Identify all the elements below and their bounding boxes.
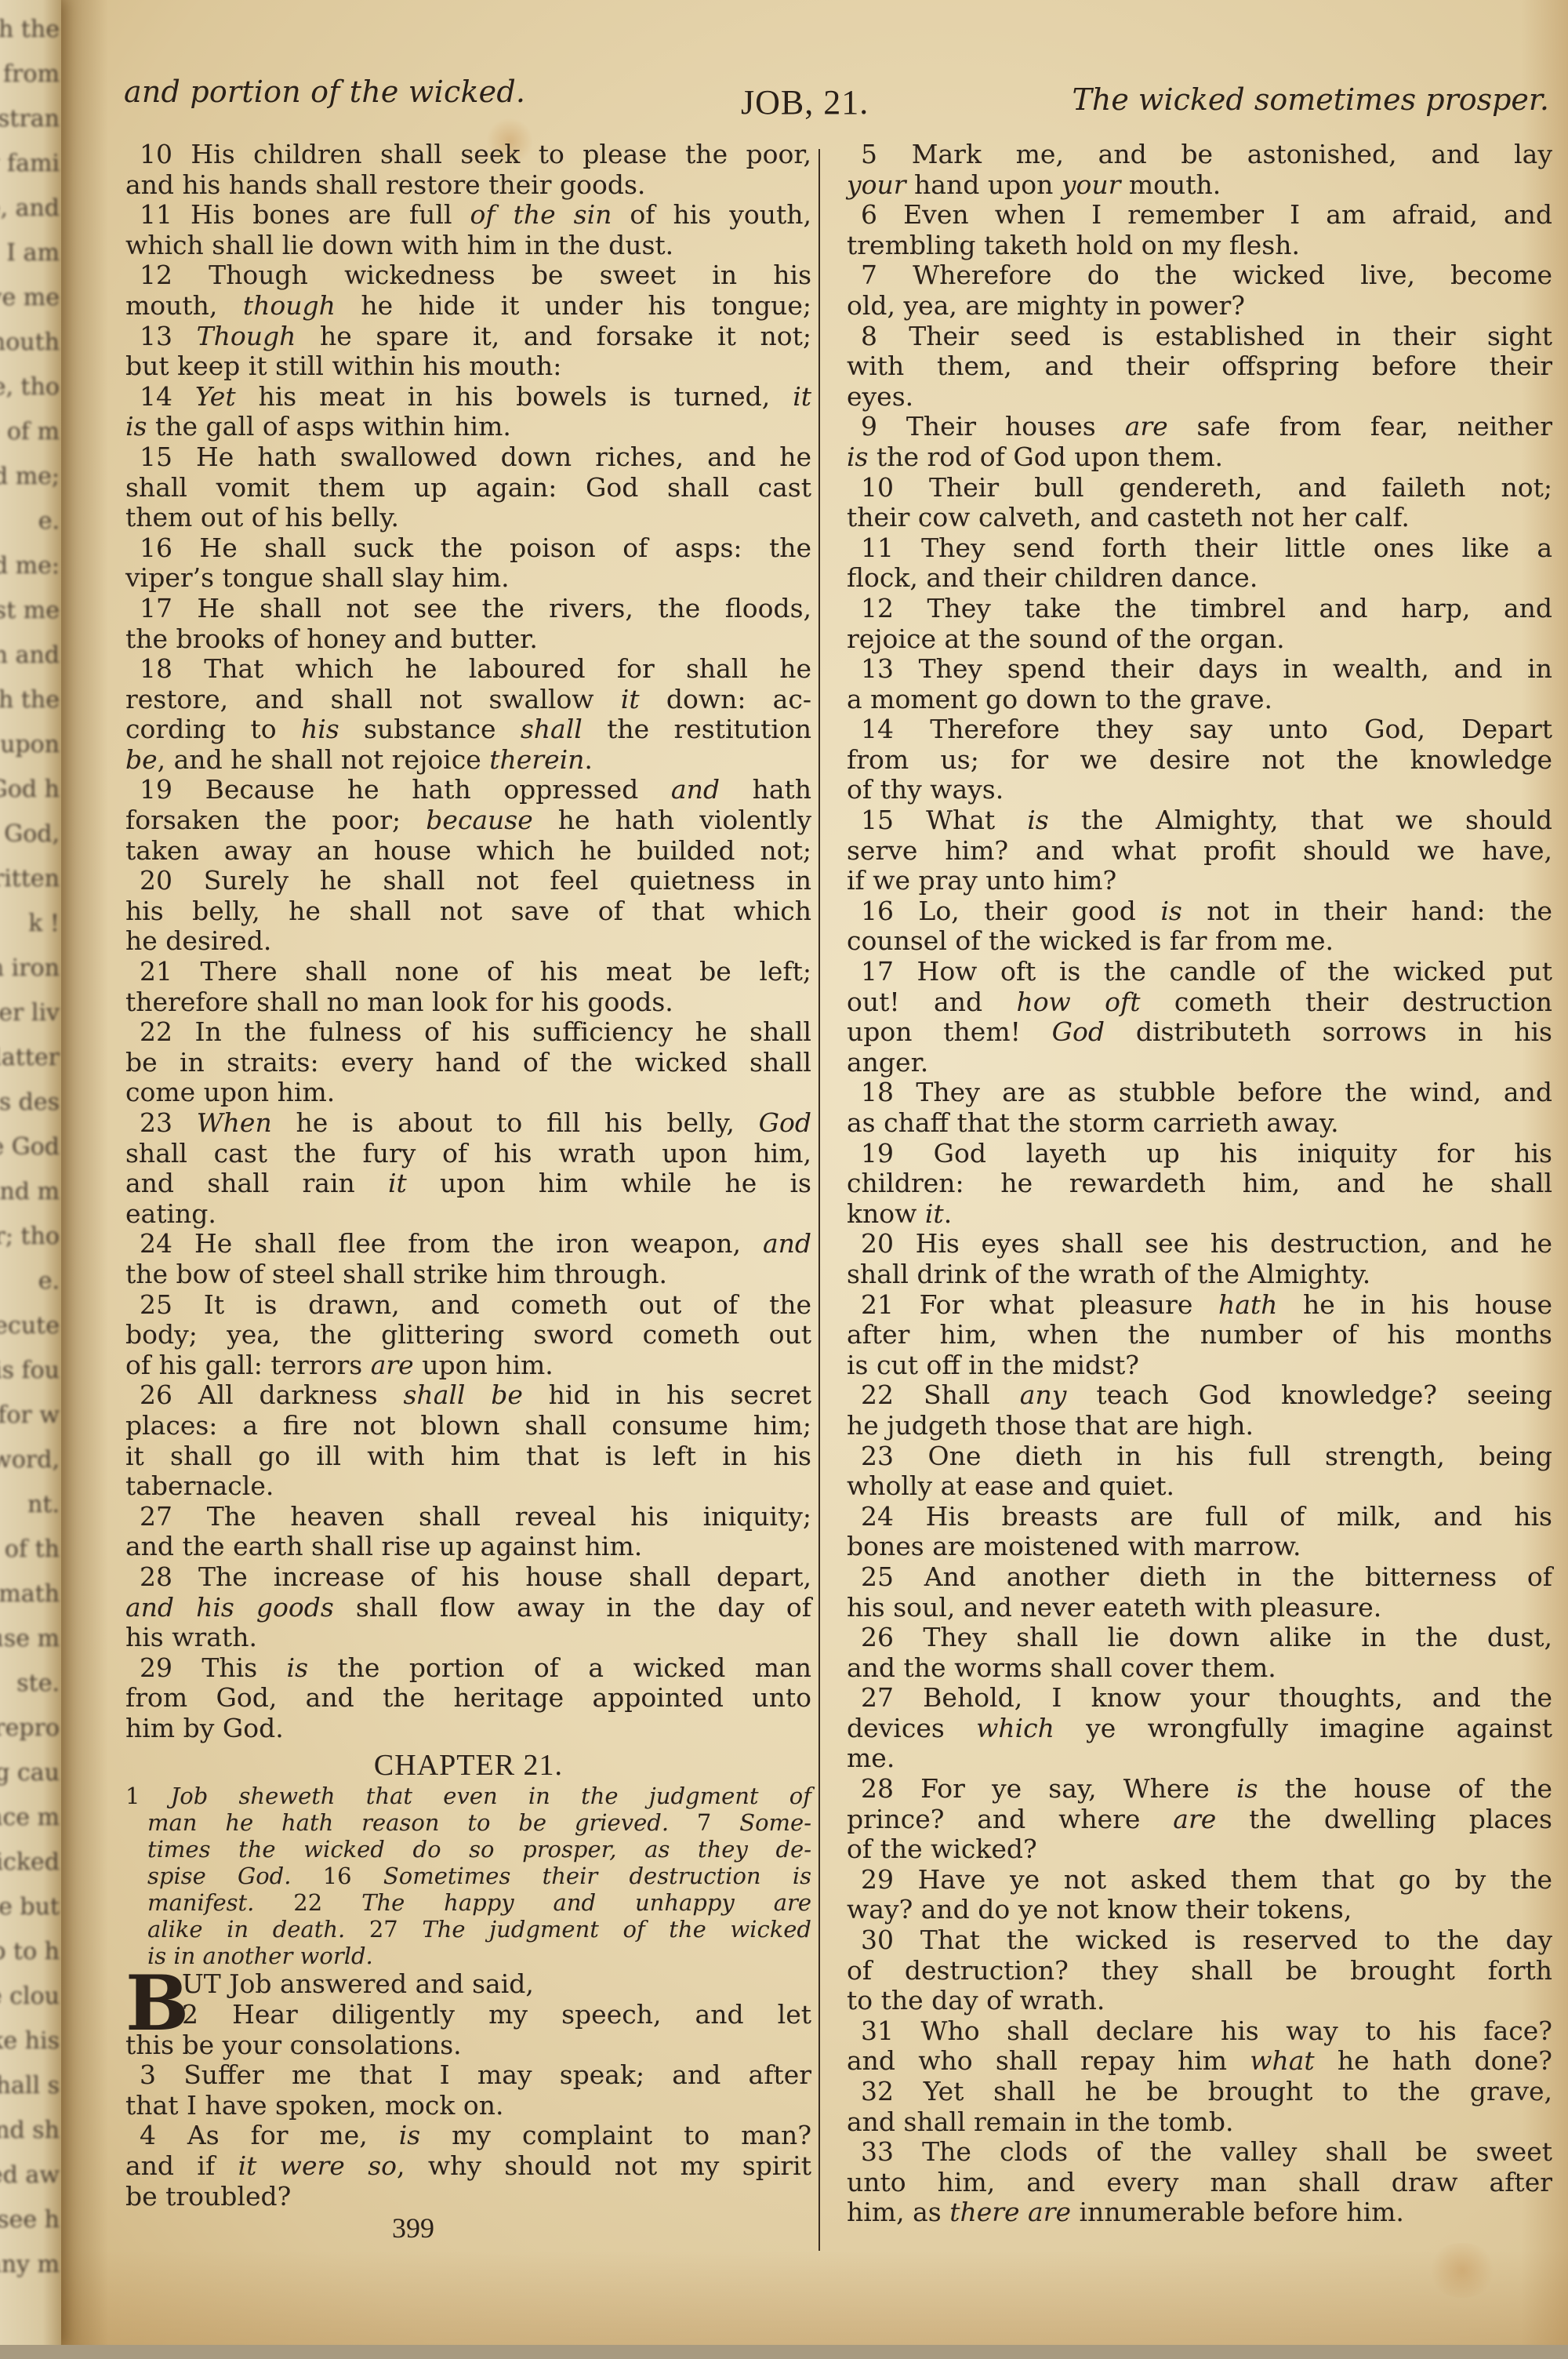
text-segment: 6 Even when I remember I am afraid, and bbox=[861, 199, 1552, 230]
italic-supplied-word: it bbox=[621, 684, 640, 714]
text-segment: wholly at ease and quiet. bbox=[847, 1470, 1174, 1501]
italic-supplied-word: and bbox=[671, 774, 720, 805]
text-line: cording to his substance shall the resti… bbox=[125, 714, 811, 745]
text-line: 25 And another dieth in the bitterness o… bbox=[847, 1562, 1552, 1593]
adjacent-page-text-fragment: gave me bbox=[0, 284, 60, 311]
adjacent-page-text-fragment: crite but bbox=[0, 1893, 60, 1921]
text-line: manifest. 22 The happy and unhappy are bbox=[125, 1889, 811, 1916]
text-segment: but keep it still within his mouth: bbox=[125, 351, 561, 381]
text-segment: 27 bbox=[369, 1916, 398, 1943]
text-segment: 28 The increase of his house shall depar… bbox=[140, 1561, 811, 1592]
text-segment: it shall go ill with him that is left in… bbox=[125, 1441, 811, 1471]
text-line: 25 It is drawn, and cometh out of the bbox=[125, 1290, 811, 1321]
text-segment: he desired. bbox=[125, 925, 271, 956]
text-segment: the bow of steel shall strike him throug… bbox=[125, 1259, 667, 1289]
text-segment: 19 God layeth up his iniquity for his bbox=[861, 1138, 1552, 1169]
text-line: out! and how oft cometh their destructio… bbox=[847, 987, 1552, 1018]
adjacent-page-text-fragment: cause m bbox=[0, 1625, 60, 1652]
adjacent-page-text-fragment: er: I am bbox=[0, 239, 60, 267]
text-segment: the portion of a wicked man bbox=[308, 1652, 811, 1683]
adjacent-page-text-fragment: e. bbox=[38, 1267, 60, 1295]
text-segment: 31 Who shall declare his way to his face… bbox=[861, 2016, 1552, 2046]
text-line: them out of his belly. bbox=[125, 503, 811, 533]
text-line: 32 Yet shall he be brought to the grave, bbox=[847, 2077, 1552, 2107]
text-segment: 21 For what pleasure bbox=[861, 1289, 1218, 1320]
text-segment: and if bbox=[125, 2150, 238, 2181]
text-line: of his gall: terrors are upon him. bbox=[125, 1350, 811, 1381]
text-line: 10 His children shall seek to please the… bbox=[125, 140, 811, 170]
text-line: is cut off in the midst? bbox=[847, 1350, 1552, 1381]
adjacent-page-text-fragment: hall see h bbox=[0, 2206, 60, 2234]
text-line: shall vomit them up again: God shall cas… bbox=[125, 473, 811, 503]
text-line: therefore shall no man look for his good… bbox=[125, 987, 811, 1018]
text-segment: and the worms shall cover them. bbox=[847, 1652, 1276, 1683]
adjacent-page-text-fragment: m shall s bbox=[0, 2072, 60, 2099]
text-segment: bones are moistened with marrow. bbox=[847, 1531, 1301, 1561]
text-segment: and who shall repay him bbox=[847, 2045, 1250, 2076]
adjacent-page-text-fragment: ding cau bbox=[0, 1759, 60, 1787]
text-line: upon them! God distributeth sorrows in h… bbox=[847, 1017, 1552, 1048]
text-line: shall drink of the wrath of the Almighty… bbox=[847, 1259, 1552, 1290]
text-segment: after him, when the number of his months bbox=[847, 1319, 1552, 1350]
text-segment: the brooks of honey and butter. bbox=[125, 623, 538, 654]
text-line: 4 As for me, is my complaint to man? bbox=[125, 2121, 811, 2151]
adjacent-page-text-fragment: e wicked bbox=[0, 1848, 60, 1876]
adjacent-page-text-fragment: written bbox=[0, 865, 60, 892]
adjacent-page-text-fragment: th the bbox=[0, 16, 60, 43]
italic-supplied-word: hath bbox=[1218, 1289, 1277, 1320]
text-segment: 24 His breasts are full of milk, and his bbox=[861, 1501, 1552, 1532]
text-line: trembling taketh hold on my flesh. bbox=[847, 231, 1552, 261]
text-line: and who shall repay him what he hath don… bbox=[847, 2046, 1552, 2077]
text-segment: 9 Their houses bbox=[861, 411, 1125, 442]
italic-supplied-word: are bbox=[371, 1350, 414, 1380]
italic-supplied-word: it bbox=[388, 1168, 407, 1198]
text-segment: 5 Mark me, and be astonished, and lay bbox=[861, 139, 1552, 169]
text-line: 20 Surely he shall not feel quietness in bbox=[125, 866, 811, 896]
text-line: from God, and the heritage appointed unt… bbox=[125, 1683, 811, 1714]
adjacent-page-text-fragment: like his bbox=[0, 2027, 60, 2055]
text-segment: 25 And another dieth in the bitterness o… bbox=[861, 1561, 1552, 1592]
italic-supplied-word: there are bbox=[949, 2197, 1071, 2227]
text-line: after him, when the number of his months bbox=[847, 1320, 1552, 1350]
text-segment: rejoice at the sound of the organ. bbox=[847, 623, 1285, 654]
italic-supplied-word: are bbox=[1125, 411, 1168, 442]
text-segment: 14 Therefore they say unto God, Depart bbox=[861, 714, 1552, 744]
text-segment: , and he shall not rejoice bbox=[158, 744, 490, 775]
chapter-21-opening-verses: this be your consolations.3 Suffer me th… bbox=[125, 2030, 811, 2212]
text-line: your hand upon your mouth. bbox=[847, 170, 1552, 201]
text-line: that I have spoken, mock on. bbox=[125, 2091, 811, 2121]
text-segment: the restitution bbox=[583, 714, 811, 744]
text-line: 11 They send forth their little ones lik… bbox=[847, 533, 1552, 564]
adjacent-page-text-fragment: l, since m bbox=[0, 1804, 60, 1831]
text-segment: manifest. bbox=[147, 1889, 293, 1916]
text-segment: the rod of God upon them. bbox=[869, 442, 1224, 472]
text-line: and his hands shall restore their goods. bbox=[125, 170, 811, 201]
text-line: and the worms shall cover them. bbox=[847, 1653, 1552, 1684]
text-segment: of thy ways. bbox=[847, 774, 1004, 805]
text-line: counsel of the wicked is far from me. bbox=[847, 926, 1552, 957]
text-line: 24 He shall flee from the iron weapon, a… bbox=[125, 1229, 811, 1259]
text-segment: times the wicked do so prosper, as they … bbox=[147, 1836, 811, 1863]
text-line: 33 The clods of the valley shall be swee… bbox=[847, 2137, 1552, 2168]
text-segment: 23 One dieth in his full strength, being bbox=[861, 1441, 1552, 1471]
text-segment: be in straits: every hand of the wicked … bbox=[125, 1047, 811, 1078]
text-line: is the gall of asps within him. bbox=[125, 412, 811, 442]
text-segment: 11 His bones are full bbox=[140, 199, 470, 230]
text-segment: be troubled? bbox=[125, 2181, 291, 2212]
adjacent-page-text-fragment: nt up to h bbox=[0, 1938, 60, 1965]
text-segment: 33 The clods of the valley shall be swee… bbox=[861, 2136, 1552, 2167]
text-line: 18 They are as stubble before the wind, … bbox=[847, 1078, 1552, 1108]
text-segment: places: a fire not blown shall consume h… bbox=[125, 1410, 811, 1441]
text-line: 13 They spend their days in wealth, and … bbox=[847, 654, 1552, 685]
text-segment: safe from fear, neither bbox=[1168, 411, 1552, 442]
text-segment: cording to bbox=[125, 714, 301, 744]
text-segment: unto him, and every man shall draw after bbox=[847, 2167, 1552, 2197]
text-segment: The happy and unhappy are bbox=[322, 1889, 811, 1916]
text-line: of thy ways. bbox=[847, 775, 1552, 805]
text-segment: their cow calveth, and casteth not her c… bbox=[847, 502, 1410, 533]
text-line: anger. bbox=[847, 1048, 1552, 1078]
adjacent-page-text-fragment: : for w bbox=[0, 1401, 60, 1429]
text-line: 27 Behold, I know your thoughts, and the bbox=[847, 1683, 1552, 1714]
text-segment: he judgeth those that are high. bbox=[847, 1410, 1254, 1441]
text-segment: . bbox=[944, 1198, 953, 1229]
text-line: eating. bbox=[125, 1199, 811, 1230]
adjacent-page-text-fragment: see God bbox=[0, 1133, 60, 1161]
adjacent-page-text-fragment: skin and bbox=[0, 642, 60, 669]
italic-supplied-word: Though bbox=[197, 321, 296, 351]
text-segment: taken away an house which he builded not… bbox=[125, 835, 811, 866]
italic-supplied-word: your bbox=[1062, 169, 1121, 200]
text-line: 13 Though he spare it, and forsake it no… bbox=[125, 322, 811, 352]
adjacent-page-text-fragment: an iron bbox=[0, 954, 60, 982]
adjacent-page-text-fragment: ny repro bbox=[0, 1714, 60, 1742]
text-line: if we pray unto him? bbox=[847, 866, 1552, 896]
text-line: forsaken the poor; because he hath viole… bbox=[125, 805, 811, 836]
text-line: he desired. bbox=[125, 926, 811, 957]
text-segment: with them, and their offspring before th… bbox=[847, 351, 1552, 381]
text-line: 16 He shall suck the poison of asps: the bbox=[125, 533, 811, 564]
text-segment: viper’s tongue shall slay him. bbox=[125, 562, 510, 593]
adjacent-page-text-fragment: y upon bbox=[0, 731, 60, 758]
adjacent-page-text-fragment: n, and sh bbox=[0, 2117, 60, 2144]
text-line: unto him, and every man shall draw after bbox=[847, 2168, 1552, 2198]
text-line: is the rod of God upon them. bbox=[847, 442, 1552, 473]
text-line: 20 His eyes shall see his destruction, a… bbox=[847, 1229, 1552, 1259]
italic-supplied-word: are bbox=[1173, 1804, 1216, 1834]
text-line: but keep it still within his mouth: bbox=[125, 351, 811, 382]
text-segment: he is about to fill his belly, bbox=[272, 1107, 759, 1138]
adjacent-page-text-fragment: ith the bbox=[0, 686, 60, 714]
text-segment: the Almighty, that we should bbox=[1049, 805, 1552, 835]
text-line: 21 For what pleasure hath he in his hous… bbox=[847, 1290, 1552, 1321]
text-segment: UT Job answered and said, bbox=[182, 1968, 534, 1999]
text-segment: he spare it, and forsake it not; bbox=[296, 321, 811, 351]
italic-supplied-word: When bbox=[197, 1107, 272, 1138]
text-line: devices which ye wrongfully imagine agai… bbox=[847, 1714, 1552, 1744]
adjacent-page-text-fragment: ction of th bbox=[0, 1536, 60, 1563]
table-surface bbox=[0, 2345, 1568, 2359]
adjacent-page-edge: th thear fromy estranmy famiuse, ander: … bbox=[0, 0, 61, 2345]
adjacent-page-text-fragment: k ! bbox=[28, 910, 60, 937]
text-line: his belly, he shall not save of that whi… bbox=[125, 896, 811, 927]
adjacent-page-text-fragment: wife, tho bbox=[0, 373, 60, 401]
text-segment: and his hands shall restore their goods. bbox=[125, 169, 645, 200]
adjacent-page-text-fragment: y mouth bbox=[0, 329, 60, 356]
text-segment: shall vomit them up again: God shall cas… bbox=[125, 472, 811, 503]
text-segment: which shall lie down with him in the dus… bbox=[125, 230, 673, 260]
text-segment: substance bbox=[339, 714, 521, 744]
text-line: 9 Their houses are safe from fear, neith… bbox=[847, 412, 1552, 442]
text-segment: flock, and their children dance. bbox=[847, 562, 1258, 593]
text-segment: 16 Lo, their good bbox=[861, 896, 1160, 926]
text-line: flock, and their children dance. bbox=[847, 563, 1552, 594]
text-segment: Sometimes their destruction is bbox=[352, 1863, 811, 1889]
text-segment: 26 All darkness bbox=[140, 1379, 404, 1410]
adjacent-page-text-fragment: ised me; bbox=[0, 463, 60, 490]
text-segment: as chaff that the storm carrieth away. bbox=[847, 1107, 1339, 1138]
italic-supplied-word: how oft bbox=[1016, 987, 1140, 1017]
left-column: 10 His children shall seek to please the… bbox=[125, 140, 811, 2212]
text-line: 26 They shall lie down alike in the dust… bbox=[847, 1623, 1552, 1653]
text-segment: and shall remain in the tomb. bbox=[847, 2106, 1233, 2137]
text-segment: counsel of the wicked is far from me. bbox=[847, 925, 1334, 956]
text-line: 7 Wherefore do the wicked live, become bbox=[847, 260, 1552, 291]
text-line: his wrath. bbox=[125, 1623, 811, 1653]
text-segment: them out of his belly. bbox=[125, 502, 399, 533]
text-line: times the wicked do so prosper, as they … bbox=[125, 1836, 811, 1863]
text-segment: him by God. bbox=[125, 1713, 284, 1743]
text-line: 29 Have ye not asked them that go by the bbox=[847, 1865, 1552, 1896]
text-line: mouth, though he hide it under his tongu… bbox=[125, 291, 811, 322]
text-segment: of destruction? they shall be brought fo… bbox=[847, 1955, 1552, 1986]
text-segment: 13 They spend their days in wealth, and … bbox=[861, 653, 1552, 684]
text-segment: man he hath reason to be grieved. bbox=[147, 1809, 697, 1836]
text-segment: Some- bbox=[711, 1809, 811, 1836]
text-line: which shall lie down with him in the dus… bbox=[125, 231, 811, 261]
adjacent-page-text-fragment: of God h bbox=[0, 776, 60, 803]
text-segment: of his gall: terrors bbox=[125, 1350, 371, 1380]
text-line: 23 When he is about to fill his belly, G… bbox=[125, 1108, 811, 1139]
italic-supplied-word: is bbox=[847, 442, 869, 472]
text-segment: 26 They shall lie down alike in the dust… bbox=[861, 1622, 1552, 1652]
adjacent-page-text-fragment: tter is fou bbox=[0, 1357, 60, 1384]
text-segment: his belly, he shall not save of that whi… bbox=[125, 896, 811, 926]
text-line: 18 That which he laboured for shall he bbox=[125, 654, 811, 685]
drop-cap-paragraph: B UT Job answered and said,2 Hear dilige… bbox=[125, 1969, 811, 2030]
italic-supplied-word: it bbox=[925, 1198, 944, 1229]
text-segment: devices bbox=[847, 1713, 976, 1743]
text-segment: trembling taketh hold on my flesh. bbox=[847, 230, 1300, 260]
text-line: viper’s tongue shall slay him. bbox=[125, 563, 811, 594]
text-line: man he hath reason to be grieved. 7 Some… bbox=[125, 1809, 811, 1836]
text-line: eyes. bbox=[847, 382, 1552, 413]
text-segment: know bbox=[847, 1198, 925, 1229]
text-segment: therefore shall no man look for his good… bbox=[125, 987, 673, 1017]
text-line: 19 God layeth up his iniquity for his bbox=[847, 1139, 1552, 1169]
text-segment: 11 They send forth their little ones lik… bbox=[861, 533, 1552, 563]
text-segment: if we pray unto him? bbox=[847, 865, 1116, 896]
text-line: 15 What is the Almighty, that we should bbox=[847, 805, 1552, 836]
text-segment: the house of the bbox=[1258, 1773, 1552, 1804]
text-line: be, and he shall not rejoice therein. bbox=[125, 745, 811, 776]
text-segment: of his youth, bbox=[612, 199, 811, 230]
text-line: of destruction? they shall be brought fo… bbox=[847, 1956, 1552, 1986]
text-segment: old, yea, are mighty in power? bbox=[847, 290, 1245, 321]
italic-supplied-word: his bbox=[301, 714, 339, 744]
text-segment: Job sheweth that even in the judgment of bbox=[171, 1783, 811, 1809]
text-segment: he hide it under his tongue; bbox=[336, 290, 811, 321]
text-segment: shall flow away in the day of bbox=[334, 1592, 811, 1623]
text-segment: spise God. bbox=[147, 1863, 323, 1889]
italic-supplied-word: any bbox=[1020, 1379, 1067, 1410]
text-segment: shall cast the fury of his wrath upon hi… bbox=[125, 1138, 811, 1169]
italic-supplied-word: and his goods bbox=[125, 1592, 334, 1623]
text-line: 17 How oft is the candle of the wicked p… bbox=[847, 957, 1552, 987]
adjacent-page-text-fragment: ste. bbox=[16, 1670, 60, 1697]
text-line: 28 The increase of his house shall depar… bbox=[125, 1562, 811, 1593]
text-line: 17 He shall not see the rivers, the floo… bbox=[125, 594, 811, 624]
text-line: 19 Because he hath oppressed and hath bbox=[125, 775, 811, 805]
text-segment: mouth. bbox=[1120, 169, 1221, 200]
adjacent-page-text-fragment: use, and bbox=[0, 194, 60, 222]
text-segment: , why should not my spirit bbox=[397, 2150, 811, 2181]
text-line: body; yea, the glittering sword cometh o… bbox=[125, 1320, 811, 1350]
text-segment: he hath violently bbox=[533, 805, 811, 835]
text-line: his soul, and never eateth with pleasure… bbox=[847, 1593, 1552, 1623]
text-line: 15 He hath swallowed down riches, and he bbox=[125, 442, 811, 473]
adjacent-page-text-fragment: my fami bbox=[0, 150, 60, 177]
text-segment: The judgment of the wicked bbox=[398, 1916, 811, 1943]
text-segment: 8 Their seed is established in their sig… bbox=[861, 321, 1552, 351]
text-line: and shall remain in the tomb. bbox=[847, 2107, 1552, 2138]
text-line: taken away an house which he builded not… bbox=[125, 836, 811, 867]
text-line: 12 Though wickedness be sweet in his bbox=[125, 260, 811, 291]
text-line: 26 All darkness shall be hid in his secr… bbox=[125, 1380, 811, 1411]
text-segment: restore, and shall not swallow bbox=[125, 684, 621, 714]
text-segment: mouth, bbox=[125, 290, 243, 321]
text-segment: come upon him. bbox=[125, 1077, 335, 1107]
text-line: 28 For ye say, Where is the house of the bbox=[847, 1774, 1552, 1805]
text-line: restore, and shall not swallow it down: … bbox=[125, 685, 811, 715]
text-line: 3 Suffer me that I may speak; and after bbox=[125, 2060, 811, 2091]
text-segment: that I have spoken, mock on. bbox=[125, 2090, 503, 2121]
text-line: be in straits: every hand of the wicked … bbox=[125, 1048, 811, 1078]
text-segment: hand upon bbox=[906, 169, 1062, 200]
text-segment: 3 Suffer me that I may speak; and after bbox=[140, 2059, 811, 2090]
italic-supplied-word: therein bbox=[489, 744, 584, 775]
italic-supplied-word: God bbox=[1052, 1016, 1105, 1047]
text-segment: his meat in his bowels is turned, bbox=[236, 381, 793, 412]
text-line: wholly at ease and quiet. bbox=[847, 1471, 1552, 1502]
text-segment: 32 Yet shall he be brought to the grave, bbox=[861, 2076, 1552, 2106]
adjacent-page-text-fragment: e latter bbox=[0, 1044, 60, 1071]
text-line: the bow of steel shall strike him throug… bbox=[125, 1259, 811, 1290]
text-line: a moment go down to the grave. bbox=[847, 685, 1552, 715]
text-line: prince? and where are the dwelling place… bbox=[847, 1805, 1552, 1835]
text-segment: children: he rewardeth him, and he shall bbox=[847, 1168, 1552, 1198]
text-segment: he hath done? bbox=[1315, 2045, 1552, 2076]
text-segment: 17 How oft is the candle of the wicked p… bbox=[861, 956, 1552, 987]
text-line: he judgeth those that are high. bbox=[847, 1411, 1552, 1441]
text-line: 5 Mark me, and be astonished, and lay bbox=[847, 140, 1552, 170]
bible-page: th thear fromy estranmy famiuse, ander: … bbox=[0, 0, 1568, 2345]
text-line: old, yea, are mighty in power? bbox=[847, 291, 1552, 322]
text-segment: he in his house bbox=[1277, 1289, 1552, 1320]
text-segment: shall drink of the wrath of the Almighty… bbox=[847, 1259, 1370, 1289]
text-segment: a moment go down to the grave. bbox=[847, 684, 1272, 714]
italic-supplied-word: which bbox=[976, 1713, 1054, 1743]
text-segment: prince? and where bbox=[847, 1804, 1173, 1834]
italic-supplied-word: it were so bbox=[238, 2150, 397, 2181]
text-segment: distributeth sorrows in his bbox=[1105, 1016, 1552, 1047]
adjacent-page-text-fragment: sword, bbox=[0, 1446, 60, 1474]
text-segment: 20 Surely he shall not feel quietness in bbox=[140, 865, 811, 896]
text-segment: upon him while he is bbox=[407, 1168, 811, 1198]
text-line: is in another world. bbox=[125, 1943, 811, 1969]
text-line: him by God. bbox=[125, 1714, 811, 1744]
text-line: from us; for we desire not the knowledge bbox=[847, 745, 1552, 776]
text-segment: 20 His eyes shall see his destruction, a… bbox=[861, 1228, 1552, 1259]
text-line: serve him? and what profit should we hav… bbox=[847, 836, 1552, 867]
adjacent-page-text-fragment: ed me: bbox=[0, 552, 60, 580]
adjacent-page-text-fragment: hased aw bbox=[0, 2161, 60, 2189]
chapter-summary: 1 Job sheweth that even in the judgment … bbox=[125, 1783, 811, 1969]
italic-supplied-word: shall be bbox=[404, 1379, 523, 1410]
italic-supplied-word: be bbox=[125, 744, 158, 775]
italic-supplied-word: shall bbox=[521, 714, 583, 744]
text-segment: 4 As for me, bbox=[140, 2120, 399, 2150]
text-segment: out! and bbox=[847, 987, 1016, 1017]
text-line: places: a fire not blown shall consume h… bbox=[125, 1411, 811, 1441]
drop-cap-letter: B bbox=[125, 1972, 189, 2035]
text-line: him, as there are innumerable before him… bbox=[847, 2197, 1552, 2228]
text-segment: hid in his secret bbox=[523, 1379, 811, 1410]
adjacent-page-text-fragment: emer liv bbox=[0, 999, 60, 1027]
text-line: and if it were so, why should not my spi… bbox=[125, 2151, 811, 2182]
italic-supplied-word: is bbox=[1236, 1773, 1258, 1804]
adjacent-page-text-fragment: y estran bbox=[0, 105, 60, 133]
adjacent-page-text-fragment: gainst me bbox=[0, 597, 60, 624]
text-line: UT Job answered and said, bbox=[125, 1969, 811, 2000]
text-segment: from us; for we desire not the knowledge bbox=[847, 744, 1552, 775]
italic-supplied-word: is bbox=[125, 411, 147, 442]
italic-supplied-word: what bbox=[1250, 2045, 1314, 2076]
text-line: 14 Yet his meat in his bowels is turned,… bbox=[125, 382, 811, 413]
text-segment: 18 That which he laboured for shall he bbox=[140, 653, 811, 684]
text-line: their cow calveth, and casteth not her c… bbox=[847, 503, 1552, 533]
column-divider-rule bbox=[818, 149, 820, 2251]
page-edge-shadow bbox=[0, 2251, 1568, 2345]
text-segment: 22 bbox=[293, 1889, 322, 1916]
text-segment: 15 What bbox=[861, 805, 1027, 835]
text-segment: . bbox=[584, 744, 593, 775]
running-header-left: and portion of the wicked. bbox=[124, 75, 525, 109]
adjacent-page-text-fragment: ake of m bbox=[0, 418, 60, 445]
gutter-shadow bbox=[61, 0, 108, 2345]
text-line: 23 One dieth in his full strength, being bbox=[847, 1441, 1552, 1472]
text-segment: me. bbox=[847, 1743, 895, 1773]
text-segment: eyes. bbox=[847, 381, 913, 412]
text-line: 8 Their seed is established in their sig… bbox=[847, 322, 1552, 352]
text-line: tabernacle. bbox=[125, 1471, 811, 1502]
text-segment: 7 bbox=[697, 1809, 711, 1836]
italic-supplied-word: and bbox=[763, 1228, 811, 1259]
text-segment: forsaken the poor; bbox=[125, 805, 426, 835]
